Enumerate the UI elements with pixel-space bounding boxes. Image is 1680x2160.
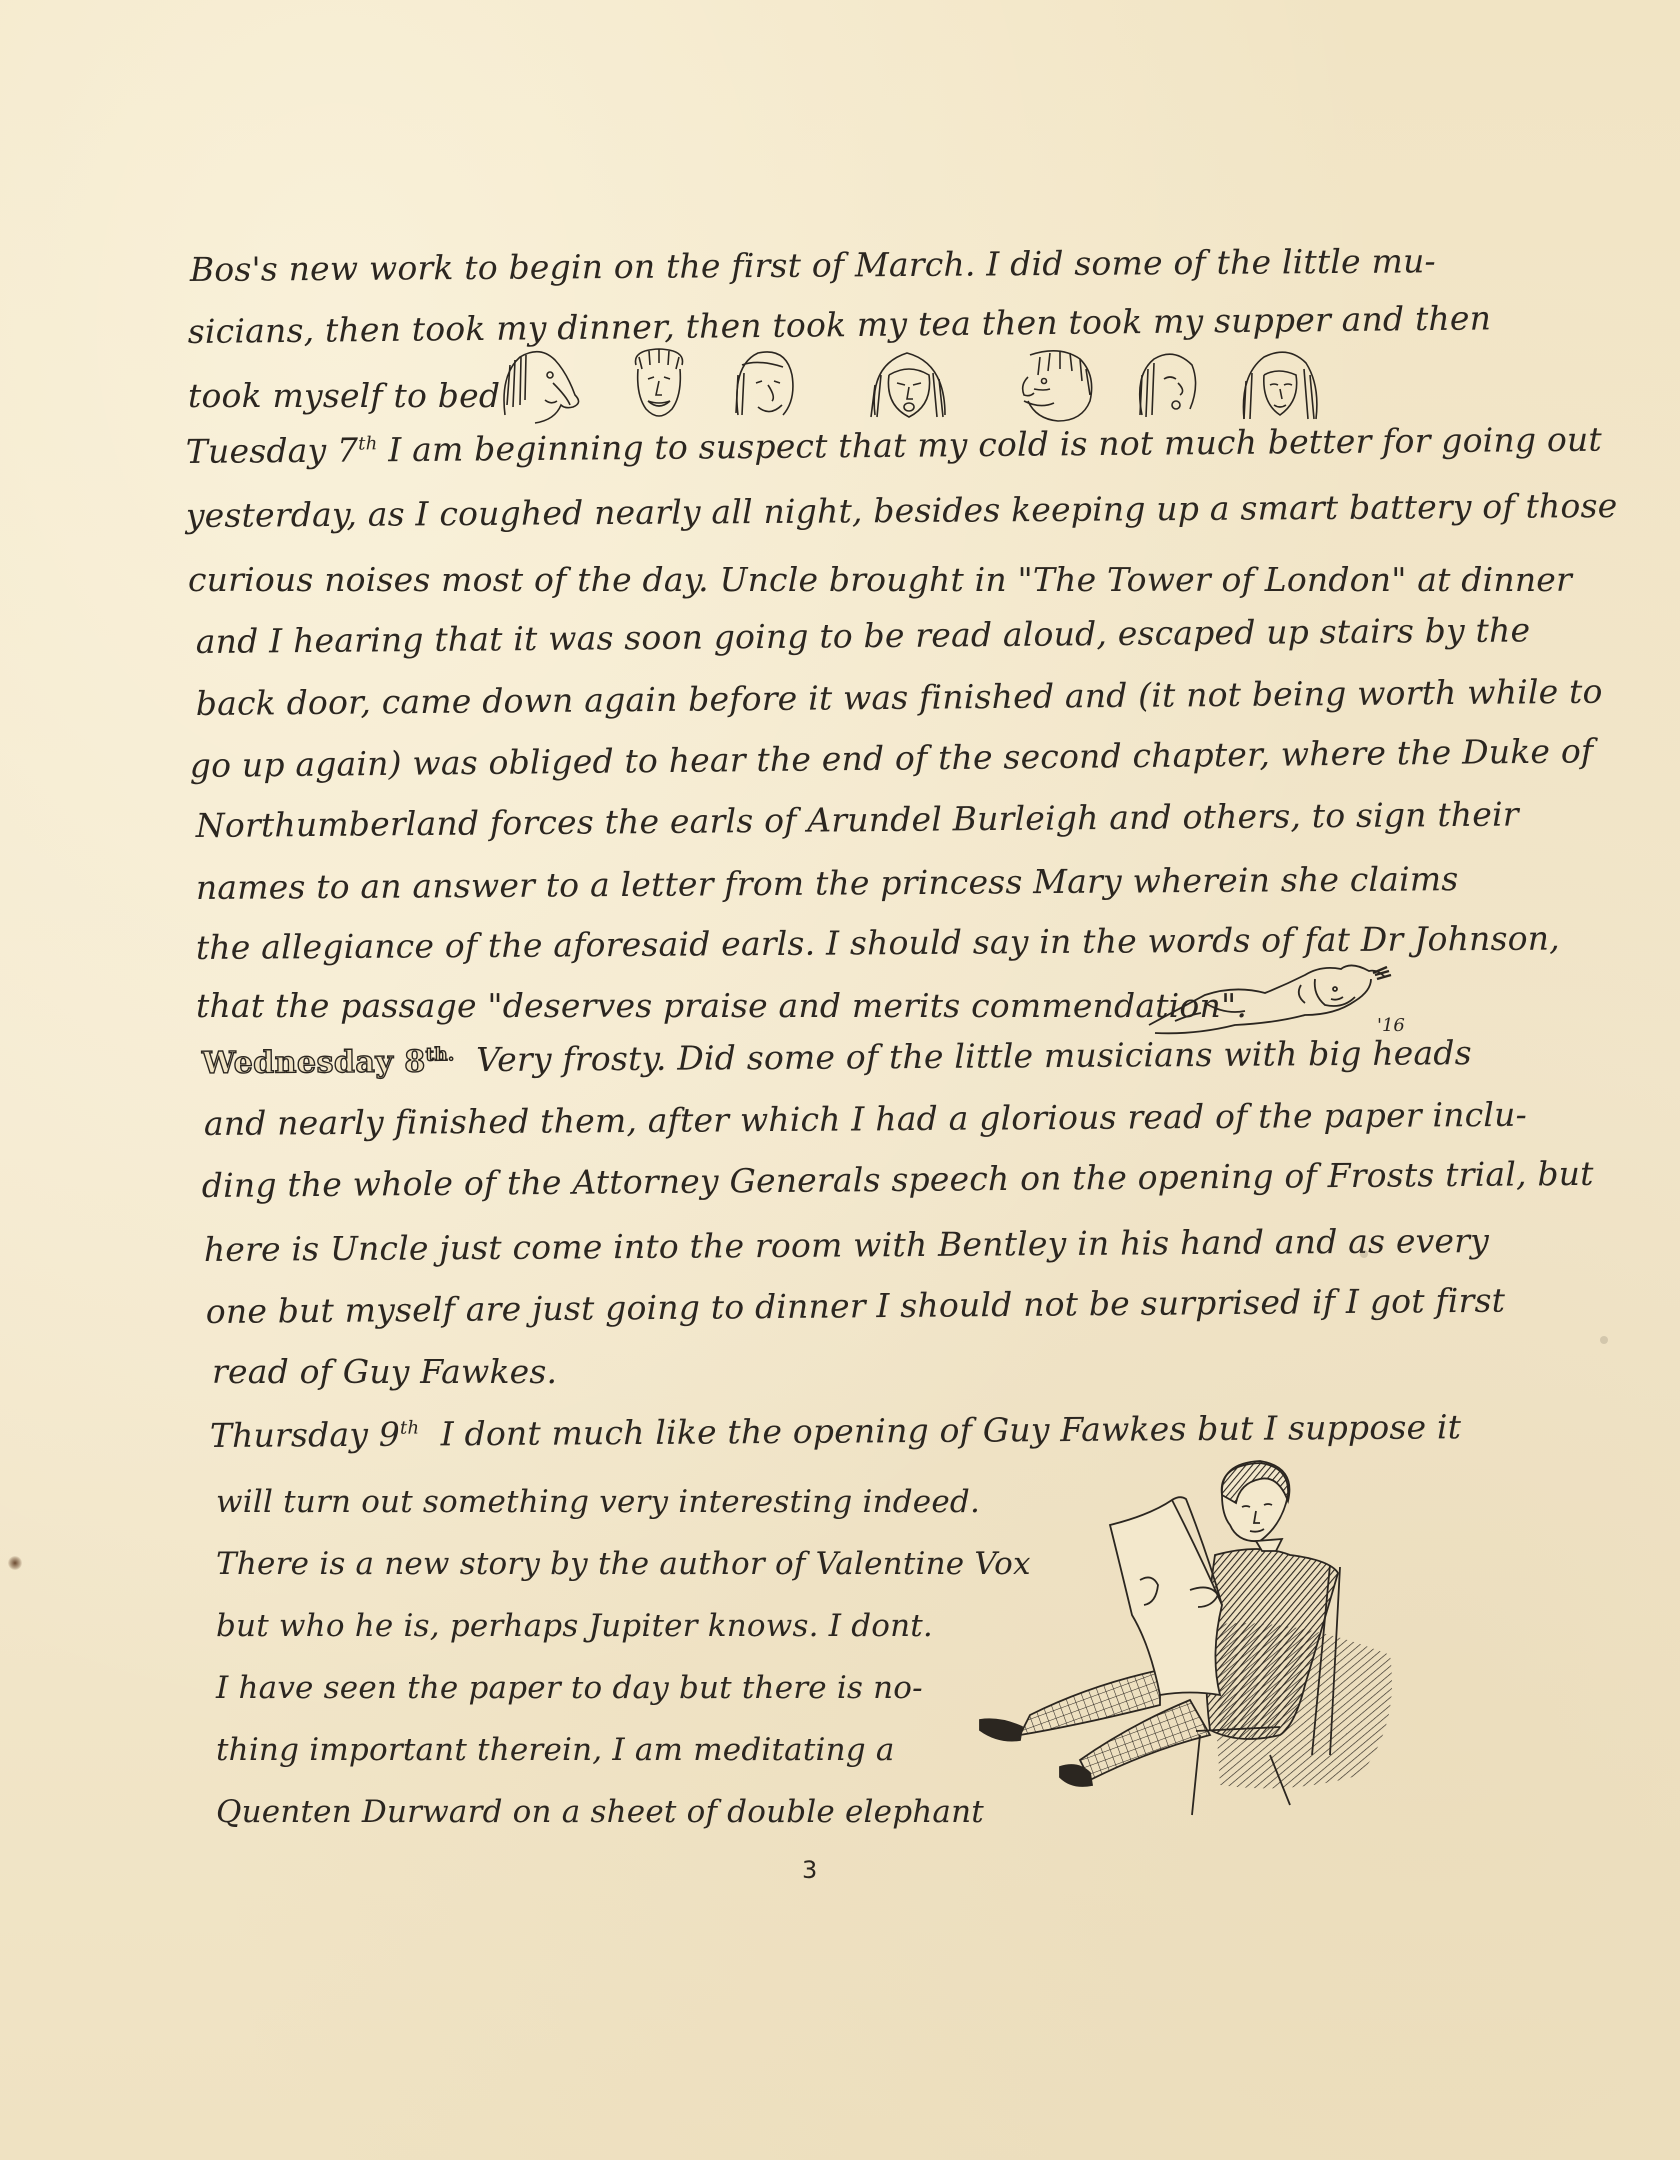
caricature-face-icon <box>1010 345 1100 425</box>
entry-date: Thursday 9th <box>210 1415 420 1455</box>
text-line: I dont much like the opening of Guy Fawk… <box>441 1407 1462 1453</box>
text-line: I have seen the paper to day but there i… <box>216 1670 923 1706</box>
caricature-face-icon <box>728 345 803 425</box>
text-line: yesterday, as I coughed nearly all night… <box>186 486 1618 535</box>
text-line: thing important therein, I am meditating… <box>216 1732 895 1768</box>
text-line: one but myself are just going to dinner … <box>206 1281 1506 1331</box>
caricature-faces-row <box>495 345 1323 425</box>
text-line: sicians, then took my dinner, then took … <box>188 298 1492 351</box>
text-line: and I hearing that it was soon going to … <box>196 610 1531 661</box>
text-line: here is Uncle just come into the room wi… <box>204 1221 1489 1269</box>
reading-boy-icon <box>960 1455 1410 1829</box>
caricature-face-icon <box>624 345 694 425</box>
ink-stain <box>8 1556 22 1570</box>
text-line: took myself to bed <box>188 376 500 415</box>
diary-entry-wednesday: Wednesday 8th. Very frosty. Did some of … <box>202 1033 1472 1081</box>
caricature-face-icon <box>1134 345 1204 425</box>
text-line: Northumberland forces the earls of Arund… <box>196 794 1519 845</box>
page-number: 3 <box>802 1856 817 1884</box>
text-line: There is a new story by the author of Va… <box>216 1546 1031 1582</box>
text-line: Very frosty. Did some of the little musi… <box>476 1033 1472 1079</box>
text-line: back door, came down again before it was… <box>196 672 1603 723</box>
entry-date: Tuesday 7th <box>186 430 378 471</box>
text-line: read of Guy Fawkes. <box>212 1352 557 1391</box>
text-line: go up again) was obliged to hear the end… <box>190 731 1594 785</box>
caricature-face-icon <box>495 345 590 425</box>
text-line: but who he is, perhaps Jupiter knows. I … <box>216 1608 933 1644</box>
text-line: and nearly finished them, after which I … <box>204 1095 1527 1143</box>
diary-entry-thursday: Thursday 9th I dont much like the openin… <box>210 1407 1462 1455</box>
text-line: ding the whole of the Attorney Generals … <box>202 1154 1594 1205</box>
paper-speck <box>1600 1336 1608 1344</box>
caricature-face-icon <box>867 345 952 425</box>
caricature-face-icon <box>1238 345 1323 425</box>
text-line: I am beginning to suspect that my cold i… <box>388 420 1602 470</box>
text-line: names to an answer to a letter from the … <box>196 859 1459 907</box>
diary-entry-tuesday: Tuesday 7th I am beginning to suspect th… <box>186 420 1602 471</box>
entry-date: Wednesday 8th. <box>202 1044 455 1081</box>
text-line: curious noises most of the day. Uncle br… <box>188 560 1572 599</box>
text-line: Bos's new work to begin on the first of … <box>190 241 1436 289</box>
diary-page: Bos's new work to begin on the first of … <box>0 0 1680 2160</box>
text-line: will turn out something very interesting… <box>216 1484 980 1520</box>
text-line: Quenten Durward on a sheet of double ele… <box>216 1794 984 1830</box>
text-line: that the passage "deserves praise and me… <box>196 986 1247 1025</box>
